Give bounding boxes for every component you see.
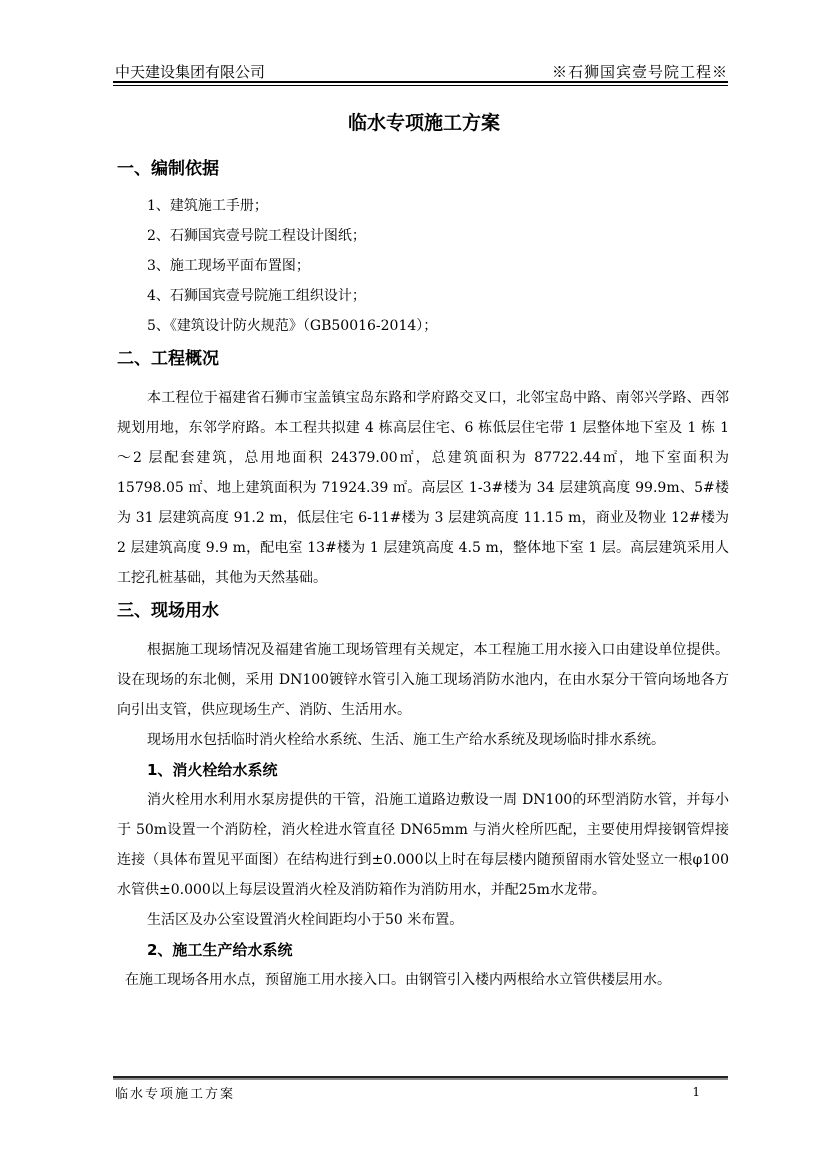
list-item: 1、建筑施工手册； bbox=[117, 191, 729, 221]
subheading-hydrant-system: 1、消火栓给水系统 bbox=[117, 755, 729, 785]
list-item: 3、施工现场平面布置图； bbox=[117, 251, 729, 281]
footer-document-name: 临水专项施工方案 bbox=[115, 1083, 235, 1102]
list-item: 4、石狮国宾壹号院施工组织设计； bbox=[117, 281, 729, 311]
document-page: 中天建设集团有限公司 ※石狮国宾壹号院工程※ 临水专项施工方案 一、编制依据 1… bbox=[0, 0, 826, 1169]
list-item: 2、石狮国宾壹号院工程设计图纸； bbox=[117, 221, 729, 251]
hydrant-paragraph-1: 消火栓用水利用水泵房提供的干管，沿施工道路边敷设一周 DN100的环型消防水管，… bbox=[117, 785, 729, 905]
hydrant-paragraph-2: 生活区及办公室设置消火栓间距均小于50 米布置。 bbox=[117, 905, 729, 935]
header-company-name: 中天建设集团有限公司 bbox=[115, 61, 265, 82]
overview-paragraph: 本工程位于福建省石狮市宝盖镇宝岛东路和学府路交叉口，北邻宝岛中路、南邻兴学路、西… bbox=[117, 383, 729, 593]
water-paragraph-2: 现场用水包括临时消火栓给水系统、生活、施工生产给水系统及现场临时排水系统。 bbox=[117, 725, 729, 755]
section-heading-overview: 二、工程概况 bbox=[117, 341, 729, 377]
page-number: 1 bbox=[692, 1085, 700, 1099]
page-footer: 临水专项施工方案 1 bbox=[113, 1075, 728, 1105]
document-body: 临水专项施工方案 一、编制依据 1、建筑施工手册； 2、石狮国宾壹号院工程设计图… bbox=[117, 104, 729, 995]
document-title: 临水专项施工方案 bbox=[117, 104, 729, 142]
water-paragraph-1: 根据施工现场情况及福建省施工现场管理有关规定，本工程施工用水接入口由建设单位提供… bbox=[117, 635, 729, 725]
subheading-production-water-system: 2、施工生产给水系统 bbox=[117, 935, 729, 965]
header-rule-thick bbox=[113, 81, 728, 83]
footer-rule-gray bbox=[113, 1078, 728, 1080]
header-project-name: ※石狮国宾壹号院工程※ bbox=[552, 61, 728, 82]
basis-list: 1、建筑施工手册； 2、石狮国宾壹号院工程设计图纸； 3、施工现场平面布置图； … bbox=[117, 191, 729, 341]
list-item: 5、《建筑设计防火规范》（GB50016-2014）； bbox=[117, 311, 729, 341]
section-heading-basis: 一、编制依据 bbox=[117, 151, 729, 187]
page-header: 中天建设集团有限公司 ※石狮国宾壹号院工程※ bbox=[113, 58, 728, 88]
section-heading-water: 三、现场用水 bbox=[117, 593, 729, 629]
production-water-paragraph: 在施工现场各用水点，预留施工用水接入口。由钢管引入楼内两根给水立管供楼层用水。 bbox=[117, 965, 729, 995]
header-rule-thin bbox=[113, 85, 728, 86]
